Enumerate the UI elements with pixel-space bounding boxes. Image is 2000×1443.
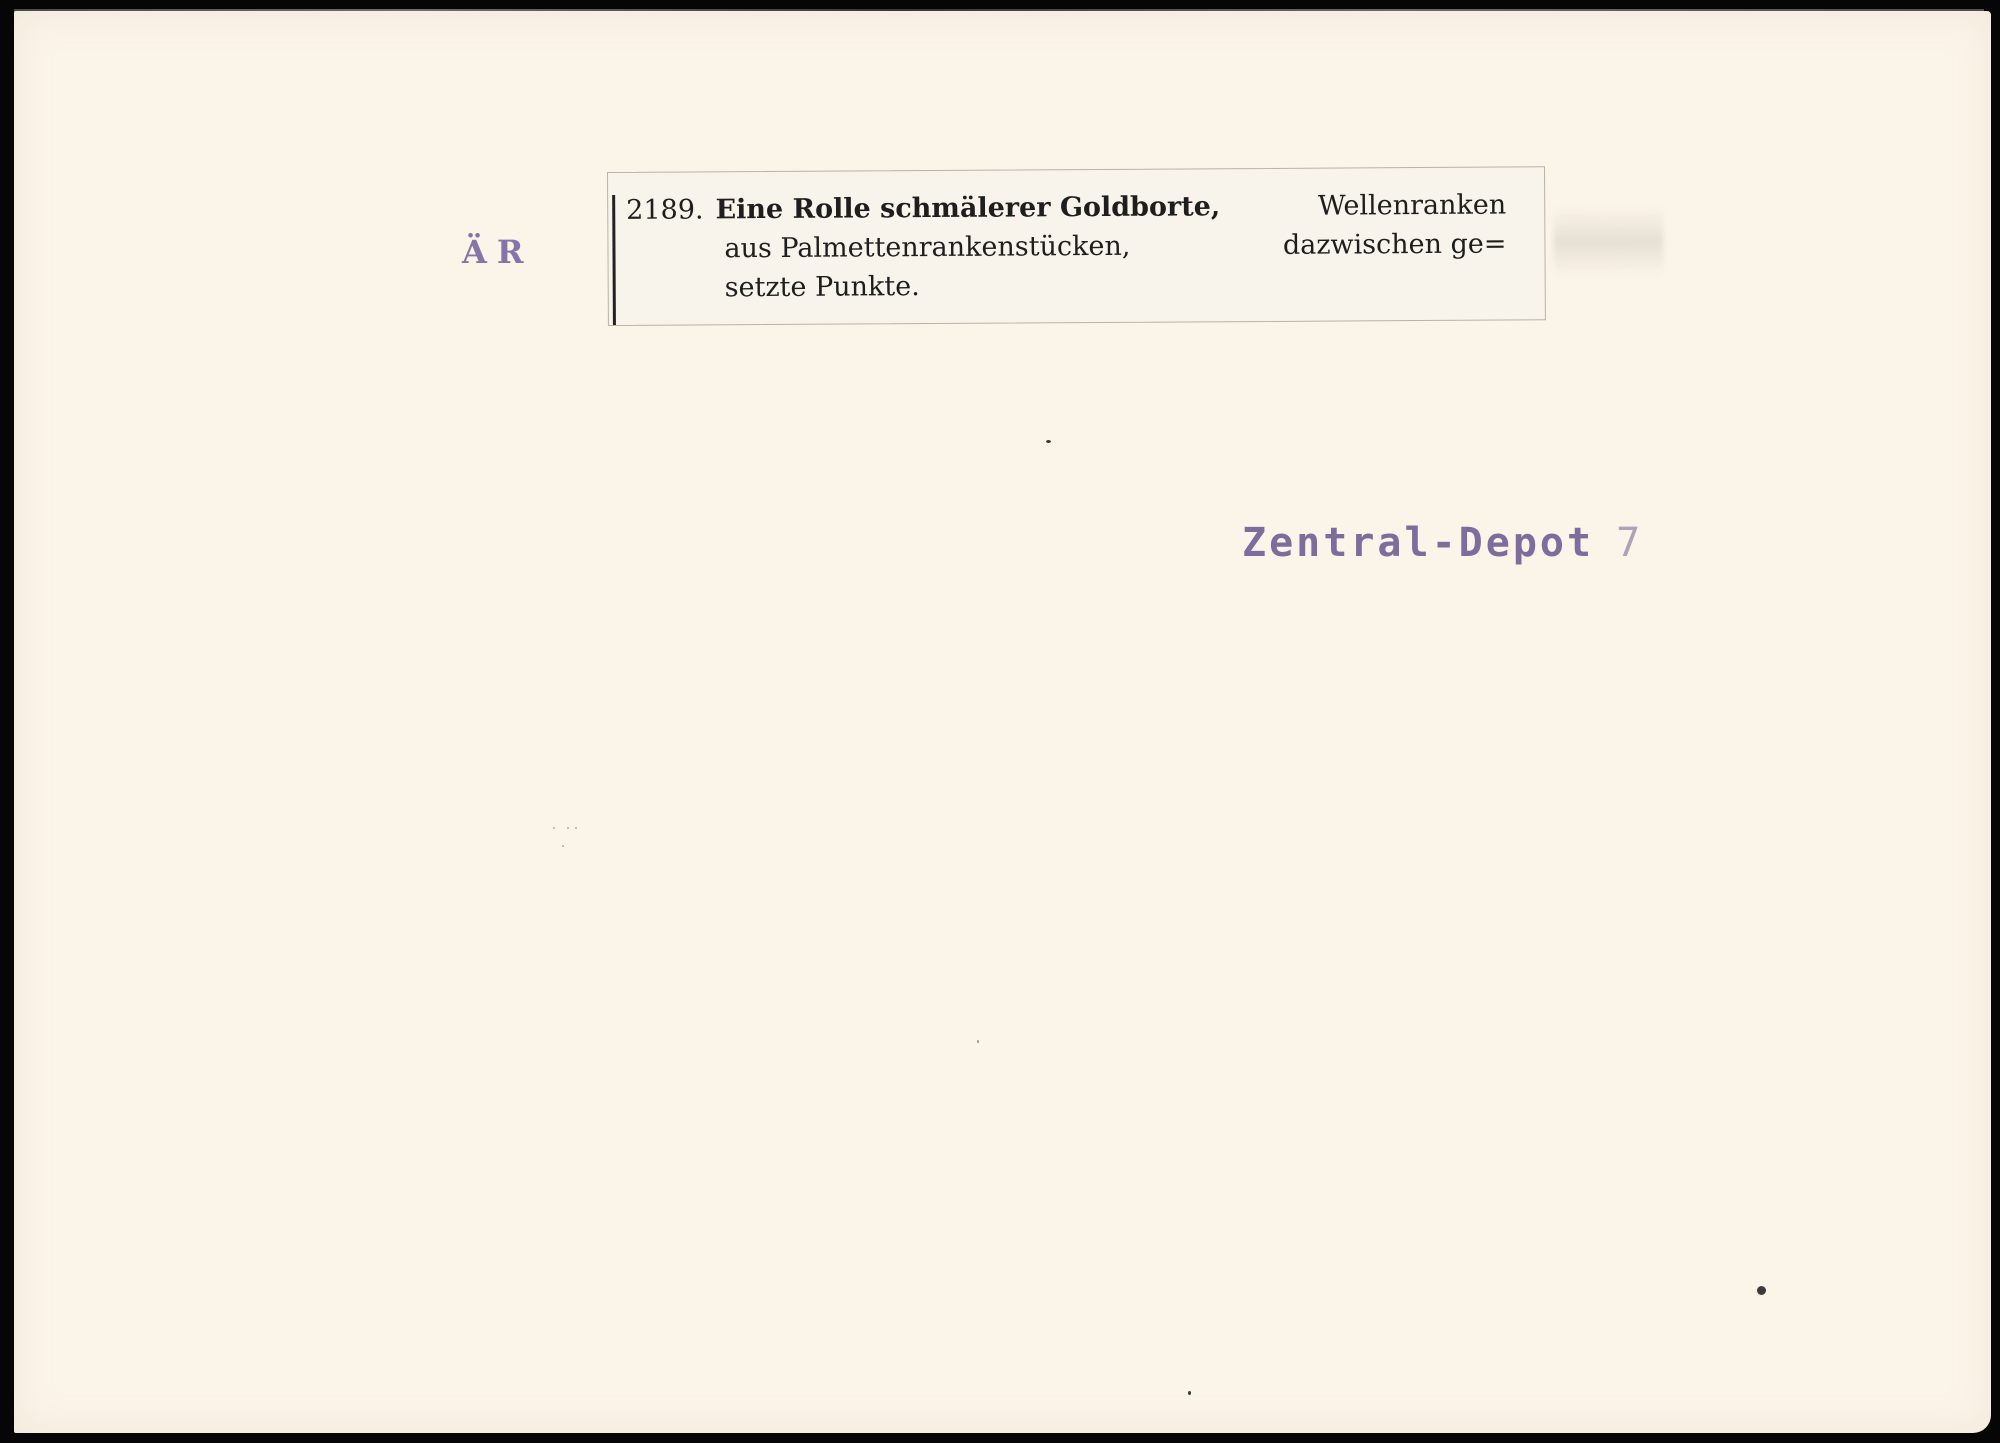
depot-number: 7 <box>1616 520 1643 566</box>
speck-mark <box>1188 1391 1191 1395</box>
item-title: Eine Rolle schmälerer Goldborte, <box>715 191 1220 225</box>
clipping-text: 2189.Eine Rolle schmälerer Goldborte, We… <box>626 186 1507 308</box>
speck-mark <box>562 845 564 847</box>
item-description-2a: aus Palmettenrankenstücken, <box>724 227 1130 268</box>
item-description-1: Wellenranken <box>1318 186 1507 226</box>
stamp-zentral-depot: Zentral-Depot7 <box>1242 520 1643 566</box>
clipping-line-3: setzte Punkte. <box>627 264 1507 308</box>
clipping-line-2: aus Palmettenrankenstücken, dazwischen g… <box>626 225 1506 269</box>
stamp-ar: ÄR <box>462 233 533 271</box>
catalog-number: 2189. <box>626 194 703 225</box>
speck-mark <box>567 827 569 829</box>
catalog-clipping: 2189.Eine Rolle schmälerer Goldborte, We… <box>607 166 1546 326</box>
clipping-vertical-rule <box>612 195 616 325</box>
item-description-3: setzte Punkte. <box>725 267 920 307</box>
clipping-line-1: 2189.Eine Rolle schmälerer Goldborte, We… <box>626 186 1506 230</box>
speck-mark <box>1757 1286 1766 1295</box>
speck-mark <box>1046 440 1051 443</box>
depot-label: Zentral-Depot <box>1242 520 1594 566</box>
speck-mark <box>977 1040 979 1043</box>
speck-mark <box>553 827 555 829</box>
speck-mark <box>575 827 577 829</box>
item-description-2b: dazwischen ge= <box>1283 225 1507 265</box>
faded-show-through <box>1553 207 1663 278</box>
